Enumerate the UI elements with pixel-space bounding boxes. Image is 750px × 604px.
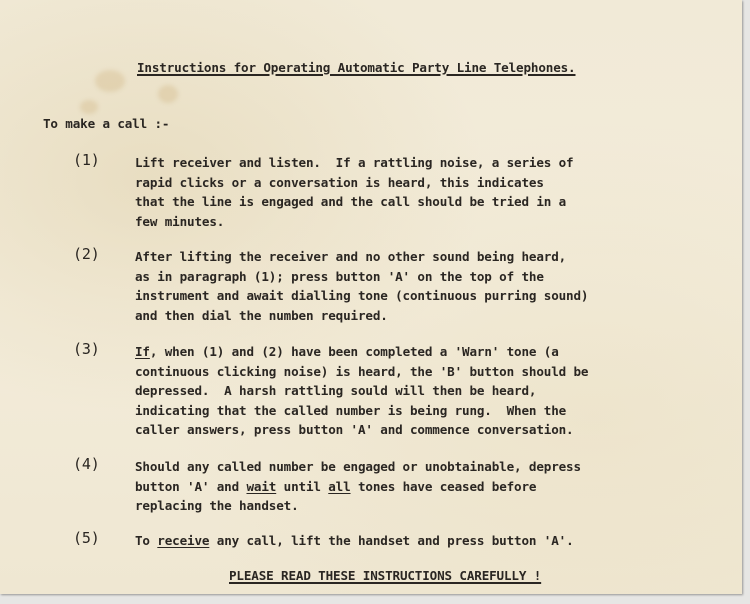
item-text: To receive any call, lift the handset an… (135, 531, 574, 551)
item-number: (1) (73, 151, 100, 169)
instruction-sheet: Instructions for Operating Automatic Par… (0, 0, 742, 594)
item-text: Lift receiver and listen. If a rattling … (135, 153, 574, 231)
document-title: Instructions for Operating Automatic Par… (137, 60, 576, 75)
emphasis-if: If (135, 344, 150, 359)
emphasis-wait: wait (246, 479, 276, 494)
item-number: (4) (73, 455, 100, 473)
footer-notice: PLEASE READ THESE INSTRUCTIONS CAREFULLY… (229, 568, 541, 583)
item-number: (2) (73, 245, 100, 263)
item-text: If, when (1) and (2) have been completed… (135, 342, 588, 440)
emphasis-all: all (328, 479, 350, 494)
paper-stain (80, 100, 98, 114)
emphasis-receive: receive (157, 533, 209, 548)
item-number: (5) (73, 529, 100, 547)
paper-stain (95, 70, 125, 92)
item-number: (3) (73, 340, 100, 358)
item-text: After lifting the receiver and no other … (135, 247, 588, 325)
section-intro: To make a call :- (43, 116, 169, 131)
item-text: Should any called number be engaged or u… (135, 457, 581, 516)
paper-stain (158, 85, 178, 103)
